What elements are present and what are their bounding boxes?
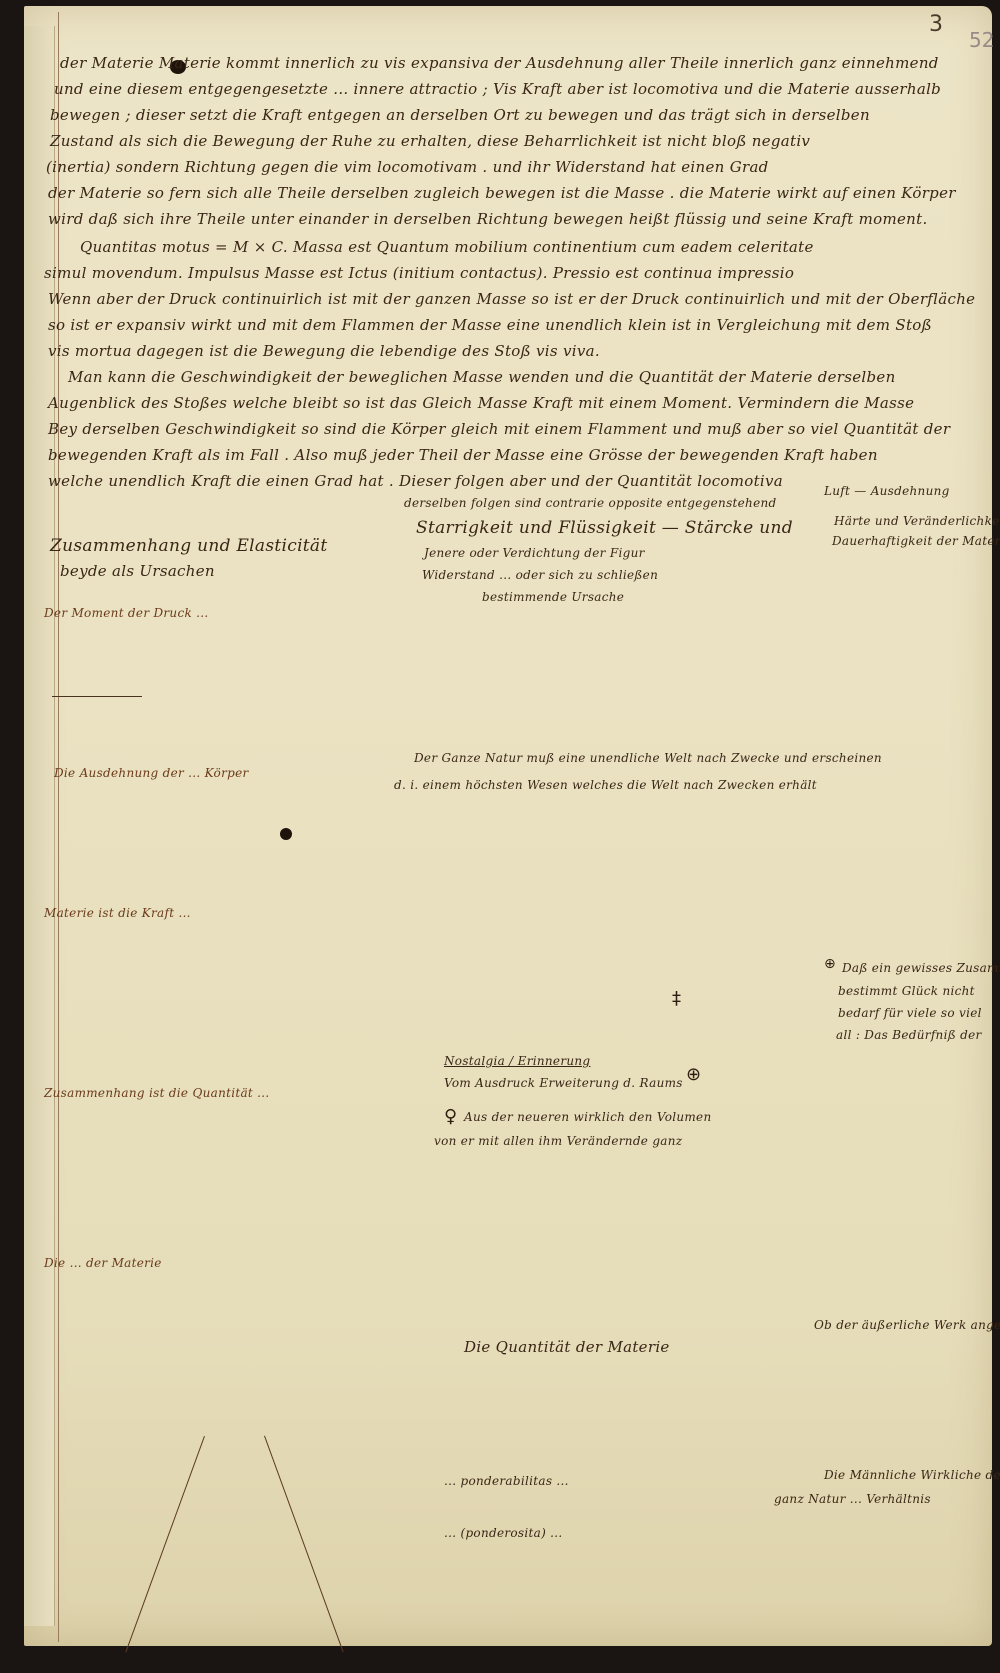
text-line: Man kann die Geschwindigkeit der bewegli… [68,368,896,386]
right-note: Ob der äußerliche Werk angezeigt [814,1318,1000,1332]
margin-note: Zusammenhang ist die Quantität ... [44,1086,270,1100]
center-note: Aus der neueren wirklich den Volumen [464,1110,712,1124]
heading-center: Jenere oder Verdichtung der Figur [424,546,645,560]
center-note: Vom Ausdruck Erweiterung d. Raums [444,1076,683,1090]
dagger-icon: ‡ [672,988,681,1009]
right-note: Daß ein gewisses Zusammen [842,961,1000,975]
text-line: und eine diesem entgegengesetzte ... inn… [54,80,941,98]
center-note: Der Ganze Natur muß eine unendliche Welt… [414,751,882,765]
center-note: Nostalgia / Erinnerung [444,1054,590,1068]
cross-out-stroke [264,1436,344,1652]
text-line: simul movendum. Impulsus Masse est Ictus… [44,264,794,282]
text-line: Quantitas motus = M × C. Massa est Quant… [80,238,814,256]
text-line: der Materie Materie kommt innerlich zu v… [60,54,939,72]
center-note: Die Quantität der Materie [464,1338,670,1356]
margin-note: Die Ausdehnung der ... Körper [54,766,249,780]
heading-center: Widerstand ... oder sich zu schließen [422,568,658,582]
pencil-folio-number: 52 [969,28,994,52]
cross-out-stroke [125,1436,205,1652]
text-line: bewegen ; dieser setzt die Kraft entgege… [50,106,870,124]
center-note: d. i. einem höchsten Wesen welches die W… [394,778,817,792]
margin-note: Der Moment der Druck ... [44,606,209,620]
manuscript-page: 3 52 der Materie Materie kommt innerlich… [24,6,992,1646]
heading-right: Härte und Veränderlichkeit [834,514,1000,528]
margin-note: Die ... der Materie [44,1256,162,1270]
margin-note: Materie ist die Kraft ... [44,906,191,920]
heading-right: Dauerhaftigkeit der Materie [832,534,1000,548]
folio-number: 3 [929,12,943,37]
right-note: Die Männliche Wirkliche der [824,1468,1000,1482]
heading-center: bestimmende Ursache [482,590,624,604]
text-line: welche unendlich Kraft die einen Grad ha… [48,472,783,490]
circle-cross-icon: ⊕ [824,956,836,972]
center-note: ... (ponderosita) ... [444,1526,563,1540]
text-line: (inertia) sondern Richtung gegen die vim… [46,158,769,176]
center-note: ... ponderabilitas ... [444,1474,569,1488]
text-line: Bey derselben Geschwindigkeit so sind di… [48,420,950,438]
text-line: Wenn aber der Druck continuirlich ist mi… [48,290,975,308]
right-note: bestimmt Glück nicht [838,984,975,998]
ink-blot [280,828,292,840]
heading-left: Zusammenhang und Elasticität [50,536,328,556]
text-line: Augenblick des Stoßes welche bleibt so i… [48,394,914,412]
text-line: Zustand als sich die Bewegung der Ruhe z… [50,132,810,150]
center-note: von er mit allen ihm Verändernde ganz [434,1134,682,1148]
text-line: bewegenden Kraft als im Fall . Also muß … [48,446,878,464]
right-note: all : Das Bedürfniß der [836,1028,982,1042]
text-line: wird daß sich ihre Theile unter einander… [48,210,928,228]
text-line: so ist er expansiv wirkt und mit dem Fla… [48,316,932,334]
margin-rule [58,12,59,1642]
text-line: derselben folgen sind contrarie opposite… [404,496,777,510]
heading-center: Starrigkeit und Flüssigkeit — Stärcke un… [416,518,793,538]
right-note: bedarf für viele so viel [838,1006,982,1020]
right-note: ganz Natur ... Verhältnis [774,1492,931,1506]
venus-symbol-icon: ♀ [444,1106,457,1127]
circle-cross-icon: ⊕ [686,1064,701,1085]
text-line: vis mortua dagegen ist die Bewegung die … [48,342,600,360]
heading-right: Luft — Ausdehnung [824,484,950,498]
heading-left: beyde als Ursachen [60,562,215,580]
text-line: der Materie so fern sich alle Theile der… [48,184,956,202]
divider-line [52,696,142,697]
